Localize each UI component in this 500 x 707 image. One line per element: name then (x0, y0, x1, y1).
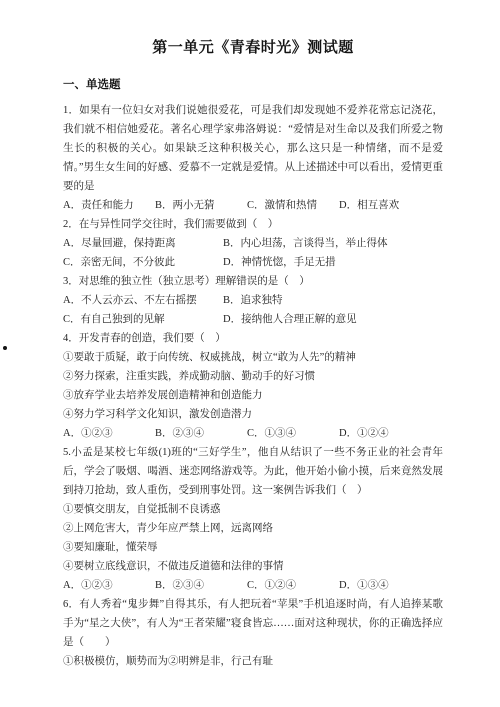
option-row: A．①②③B．②③④C．①③④D．①②④ (63, 424, 443, 443)
option-row: C．亲密无间，不分彼此D．神情恍惚，手足无措 (63, 253, 443, 272)
answer-option: C．①②④ (247, 576, 339, 595)
answer-option: B．内心坦荡，言谈得当，举止得体 (223, 234, 388, 253)
question-6: 6．有人秀着“鬼步舞”自得其乐，有人把玩着“苹果”手机追逐时尚，有人追捧某歌手为… (63, 595, 443, 671)
question-stem: 5.小孟是某校七年级(1)班的“三好学生”，他自从结识了一些不务正业的社会青年后… (63, 443, 443, 500)
answer-option: D．神情恍惚，手足无措 (223, 253, 336, 272)
answer-option: C．有自己独到的见解 (63, 310, 223, 329)
option-row: A．①②③B．②③④C．①②④D．①③④ (63, 576, 443, 595)
page-title: 第一单元《青春时光》测试题 (63, 38, 443, 58)
question-sub-item: ①要敢于质疑，敢于向传统、权威挑战，树立“敢为人先”的精神 (63, 348, 443, 367)
answer-option: A．①②③ (63, 424, 155, 443)
option-row: C．有自己独到的见解D．接纳他人合理正解的意见 (63, 310, 443, 329)
answer-option: A．不人云亦云、不左右摇摆 (63, 291, 223, 310)
question-sub-item: ①要慎交朋友，自觉抵制不良诱惑 (63, 500, 443, 519)
option-row: A．不人云亦云、不左右摇摆B．追求独特 (63, 291, 443, 310)
question-stem: 2．在与异性同学交往时，我们需要做到（ ） (63, 215, 443, 234)
answer-option: D．①③④ (339, 576, 431, 595)
question-stem: 4．开发青春的创造，我们要（ ） (63, 329, 443, 348)
question-4: 4．开发青春的创造，我们要（ ）①要敢于质疑，敢于向传统、权威挑战，树立“敢为人… (63, 329, 443, 443)
answer-option: C．亲密无间，不分彼此 (63, 253, 223, 272)
question-sub-item: ③放弃学业去培养发展创造精神和创造能力 (63, 386, 443, 405)
question-stem: 1．如果有一位妇女对我们说她很爱花，可是我们却发现她不爱养花常忘记浇花，我们就不… (63, 101, 443, 196)
option-row: A．责任和能力B．两小无猜C．激情和热情D．相互喜欢 (63, 196, 443, 215)
document-page: 第一单元《青春时光》测试题 一、单选题 1．如果有一位妇女对我们说她很爱花，可是… (0, 0, 500, 707)
section-heading: 一、单选题 (63, 78, 443, 93)
answer-option: D．接纳他人合理正解的意见 (223, 310, 357, 329)
question-2: 2．在与异性同学交往时，我们需要做到（ ）A．尽量回避，保持距离B．内心坦荡，言… (63, 215, 443, 272)
answer-option: C．激情和热情 (247, 196, 339, 215)
question-sub-item: ①积极模仿，顺势而为②明辨是非，行己有耻 (63, 652, 443, 671)
answer-option: B．追求独特 (223, 291, 283, 310)
question-sub-item: ④要树立底线意识，不做违反道德和法律的事情 (63, 557, 443, 576)
question-1: 1．如果有一位妇女对我们说她很爱花，可是我们却发现她不爱养花常忘记浇花，我们就不… (63, 101, 443, 215)
answer-option: B．②③④ (155, 424, 247, 443)
answer-option: A．①②③ (63, 576, 155, 595)
question-5: 5.小孟是某校七年级(1)班的“三好学生”，他自从结识了一些不务正业的社会青年后… (63, 443, 443, 595)
stray-ink-dot (3, 346, 7, 350)
answer-option: D．①②④ (339, 424, 431, 443)
question-3: 3．对思维的独立性（独立思考）理解错误的是（ ）A．不人云亦云、不左右摇摆B．追… (63, 272, 443, 329)
question-sub-item: ③要知廉耻，懂荣辱 (63, 538, 443, 557)
question-sub-item: ②上网危害大，青少年应严禁上网，远离网络 (63, 519, 443, 538)
answer-option: B．两小无猜 (155, 196, 247, 215)
question-sub-item: ②努力探索，注重实践，养成勤动脑、勤动手的好习惯 (63, 367, 443, 386)
answer-option: A．尽量回避，保持距离 (63, 234, 223, 253)
answer-option: B．②③④ (155, 576, 247, 595)
answer-option: C．①③④ (247, 424, 339, 443)
answer-option: A．责任和能力 (63, 196, 155, 215)
question-stem: 3．对思维的独立性（独立思考）理解错误的是（ ） (63, 272, 443, 291)
answer-option: D．相互喜欢 (339, 196, 431, 215)
question-sub-item: ④努力学习科学文化知识，激发创造潜力 (63, 405, 443, 424)
question-list: 1．如果有一位妇女对我们说她很爱花，可是我们却发现她不爱养花常忘记浇花，我们就不… (63, 101, 443, 671)
option-row: A．尽量回避，保持距离B．内心坦荡，言谈得当，举止得体 (63, 234, 443, 253)
question-stem: 6．有人秀着“鬼步舞”自得其乐，有人把玩着“苹果”手机追逐时尚，有人追捧某歌手为… (63, 595, 443, 652)
